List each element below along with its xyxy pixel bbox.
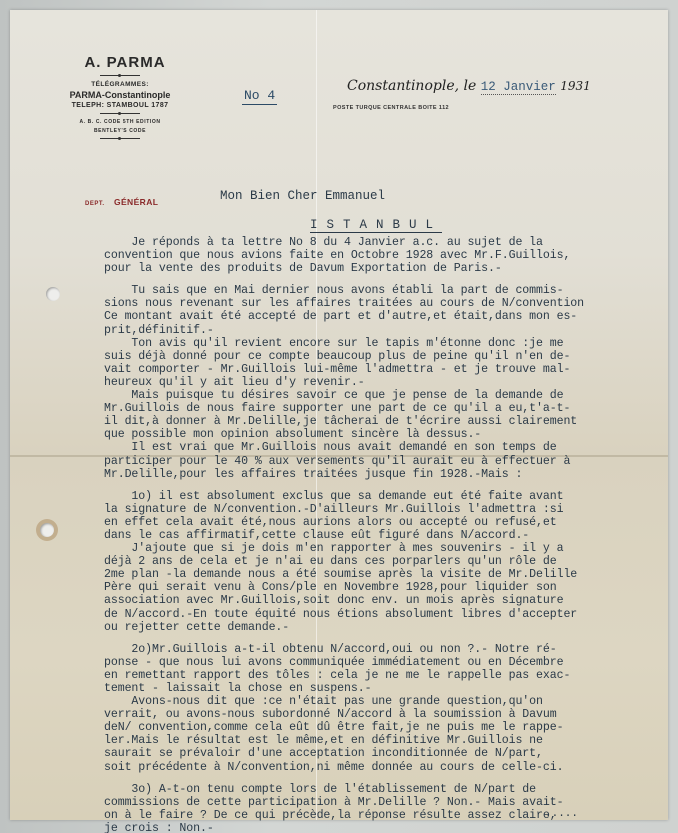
text-line: association avec Mr.Guillois,soit donc e… <box>104 594 664 607</box>
text-line: on à le faire ? De ce qui précède,la rép… <box>104 809 664 822</box>
punch-hole-bottom <box>40 523 54 537</box>
date-day-month: 12 Janvier <box>481 80 556 95</box>
text-line: 2me plan -la demande nous a été soumise … <box>104 568 664 581</box>
text-line: commissions de cette participation à Mr.… <box>104 796 664 809</box>
paragraph-gap <box>104 275 664 284</box>
text-line: tement - laissait la chose en suspens.- <box>104 682 664 695</box>
code-bentley: BENTLEY'S CODE <box>60 128 180 134</box>
text-line: dans le cas affirmatif,cette clause eût … <box>104 529 664 542</box>
telephone: TELEPH: STAMBOUL 1787 <box>60 102 180 109</box>
text-line: Avons-nous dit que :ce n'était pas une g… <box>104 695 664 708</box>
telegram-address: PARMA-Constantinople <box>60 90 180 100</box>
ornament-rule <box>100 113 140 114</box>
text-line: deN/ convention,comme cela eût dû être f… <box>104 721 664 734</box>
text-line: Il est vrai que Mr.Guillois nous avait d… <box>104 441 664 454</box>
continuation-mark: ..... <box>545 808 578 820</box>
text-line: participer pour le 40 % aux versements q… <box>104 455 664 468</box>
text-line: en remettant rapport des tôles : cela je… <box>104 669 664 682</box>
paragraph: 2o)Mr.Guillois a-t-il obtenu N/accord,ou… <box>104 643 664 774</box>
telegrams-label: TÉLÉGRAMMES: <box>60 81 180 88</box>
text-line: saurait se prévaloir d'une acceptation i… <box>104 747 664 760</box>
date-year: 1931 <box>560 79 591 93</box>
text-line: vait comporter - Mr.Guillois lui-même l'… <box>104 363 664 376</box>
text-line: la signature de N/convention.-D'ailleurs… <box>104 503 664 516</box>
text-line: 2o)Mr.Guillois a-t-il obtenu N/accord,ou… <box>104 643 664 656</box>
ornament-rule <box>100 138 140 139</box>
paragraph: Je réponds à ta lettre No 8 du 4 Janvier… <box>104 236 664 275</box>
text-line: prit,définitif.- <box>104 324 664 337</box>
dateline: Constantinople, le 12 Janvier 1931 <box>347 78 591 94</box>
letter-body: Je réponds à ta lettre No 8 du 4 Janvier… <box>104 236 664 833</box>
text-line: Mais puisque tu désires savoir ce que je… <box>104 389 664 402</box>
text-line: que possible mon opinion absolument sinc… <box>104 428 664 441</box>
paragraph-gap <box>104 774 664 783</box>
department-value: GÉNÉRAL <box>114 197 158 207</box>
department-label: DEPT. <box>85 201 105 207</box>
text-line: 3o) A-t-on tenu compte lors de l'établis… <box>104 783 664 796</box>
paragraph: Tu sais que en Mai dernier nous avons ét… <box>104 284 664 480</box>
company-name: A. PARMA <box>70 54 180 71</box>
letterhead: A. PARMA TÉLÉGRAMMES: PARMA-Constantinop… <box>60 54 180 144</box>
text-line: Ton avis qu'il revient encore sur le tap… <box>104 337 664 350</box>
salutation: Mon Bien Cher Emmanuel <box>220 189 385 203</box>
place-name: Constantinople <box>347 78 455 94</box>
text-line: soit précédente à N/convention,ni même d… <box>104 761 664 774</box>
text-line: Mr.Guillois de nous faire supporter une … <box>104 402 664 415</box>
department: DEPT. GÉNÉRAL <box>85 192 158 210</box>
text-line: J'ajoute que si je dois m'en rapporter à… <box>104 542 664 555</box>
text-line: pour la vente des produits de Davum Expo… <box>104 262 664 275</box>
text-line: je crois : Non.- <box>104 822 664 833</box>
recipient-city: ISTANBUL <box>310 218 442 233</box>
text-line: 1o) il est absolument exclus que sa dema… <box>104 490 664 503</box>
text-line: ou rejetter cette demande.- <box>104 621 664 634</box>
text-line: heureux qu'il y ait lieu d'y revenir.- <box>104 376 664 389</box>
date-joiner: , le <box>455 78 477 94</box>
text-line: suis déjà donné pour ce compte beaucoup … <box>104 350 664 363</box>
letter-number: No 4 <box>242 88 277 105</box>
paragraph: 3o) A-t-on tenu compte lors de l'établis… <box>104 783 664 833</box>
text-line: verrait, ou avons-nous subordonné N/acco… <box>104 708 664 721</box>
text-line: ler.Mais le résultat est le même,et en d… <box>104 734 664 747</box>
text-line: Je réponds à ta lettre No 8 du 4 Janvier… <box>104 236 664 249</box>
text-line: il dit,à donner à Mr.Delille,je tâcherai… <box>104 415 664 428</box>
text-line: déjà 2 ans de cela et je n'ai eu dans ce… <box>104 555 664 568</box>
paragraph-gap <box>104 481 664 490</box>
text-line: ponse - que nous lui avons communiquée i… <box>104 656 664 669</box>
punch-hole-top <box>46 287 60 301</box>
text-line: convention que nous avions faite en Octo… <box>104 249 664 262</box>
text-line: Ce montant avait été accepté de part et … <box>104 310 664 323</box>
ornament-rule <box>100 75 140 76</box>
text-line: sions nous revenant sur les affaires tra… <box>104 297 664 310</box>
paragraph-gap <box>104 634 664 643</box>
text-line: Mr.Delille,pour les affaires traitées ju… <box>104 468 664 481</box>
code-edition: A. B. C. CODE 5TH EDITION <box>60 119 180 125</box>
text-line: de N/accord.-En toute équité nous étions… <box>104 608 664 621</box>
paragraph: 1o) il est absolument exclus que sa dema… <box>104 490 664 634</box>
postal-address: POSTE TURQUE CENTRALE BOITE 112 <box>333 105 449 111</box>
text-line: en effet cela avait été,nous aurions alo… <box>104 516 664 529</box>
text-line: Père qui serait venu à Cons/ple en Novem… <box>104 581 664 594</box>
text-line: Tu sais que en Mai dernier nous avons ét… <box>104 284 664 297</box>
